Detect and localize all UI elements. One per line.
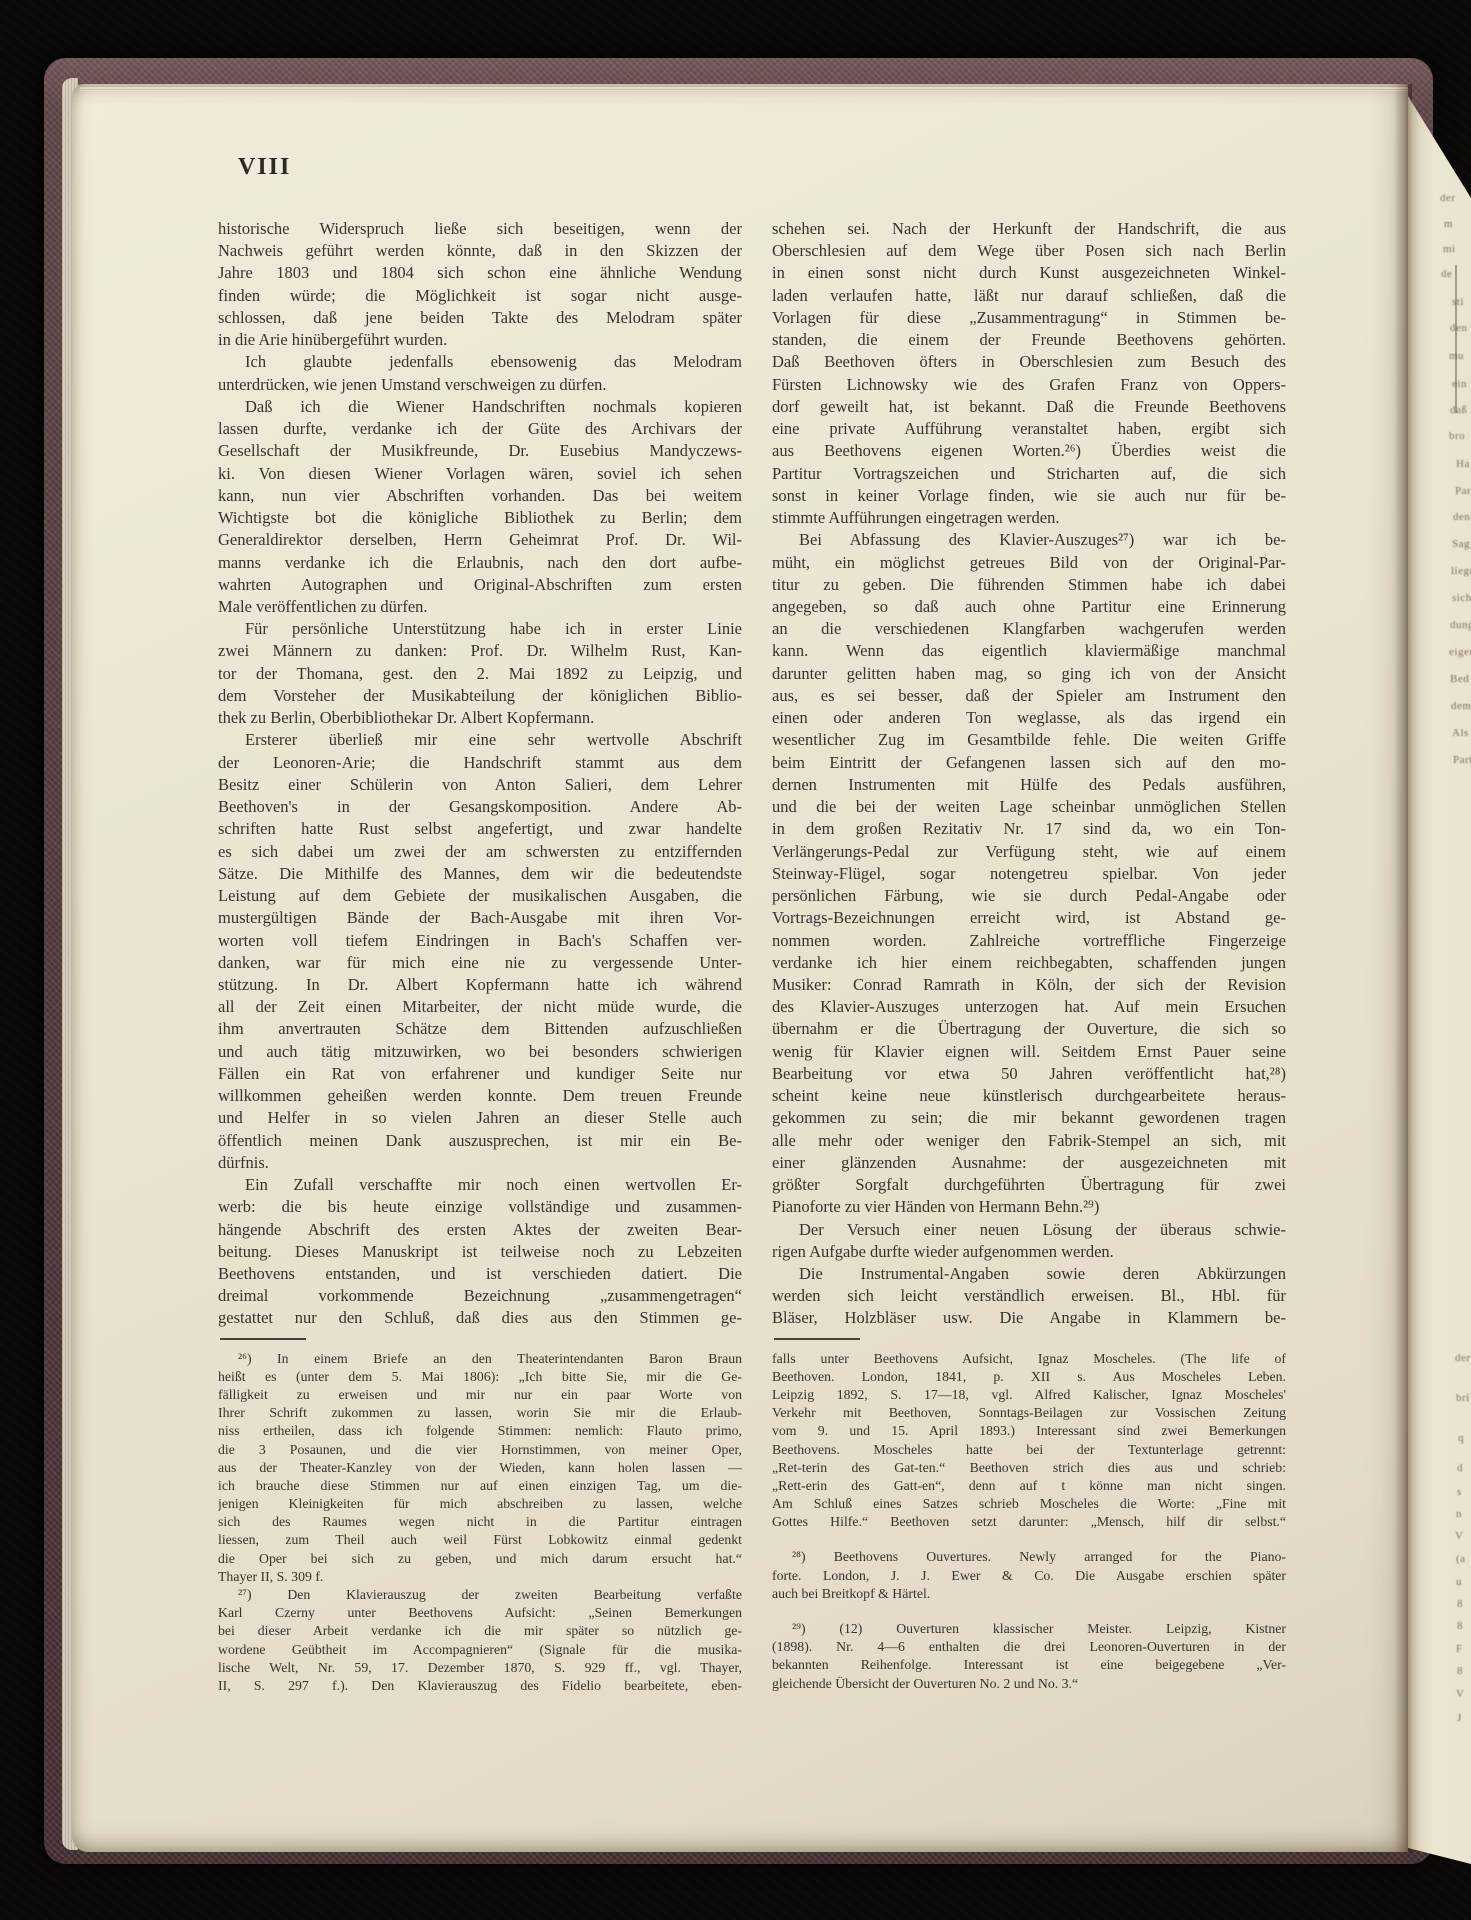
text-line: dernen Instrumenten mit Hülfe des Pedals… xyxy=(772,774,1286,796)
text-line: aus Beethovens eigenen Worten.²⁶) Überdi… xyxy=(772,440,1286,462)
text-line: „Rett-erin des Gatt-en“, denn auf t könn… xyxy=(772,1477,1286,1495)
text-line: werb: die bis heute einzige vollständige… xyxy=(218,1196,742,1218)
showthrough-text-fragment: u xyxy=(1456,1576,1462,1588)
showthrough-text-fragment: ein xyxy=(1452,378,1467,390)
text-line: und Helfer in so vielen Jahren an dieser… xyxy=(218,1107,742,1129)
text-line: dreimal vorkommende Bezeichnung „zusamme… xyxy=(218,1285,742,1307)
fore-edge-pages: dermmidestidenmueindaßbroHaPardenSaglieg… xyxy=(1408,0,1471,1920)
text-line: fälligkeit zu erweisen und mir nur ein p… xyxy=(218,1386,742,1404)
showthrough-text-fragment: Ha xyxy=(1456,458,1470,470)
text-line: der Leonoren-Arie; die Handschrift stamm… xyxy=(218,752,742,774)
showthrough-text-fragment: m xyxy=(1444,218,1453,230)
paragraph: ²⁸) Beethovens Ouvertures. Newly arrange… xyxy=(772,1548,1286,1603)
book-scan-photo: VIII historische Widerspruch ließe sich … xyxy=(0,0,1471,1920)
showthrough-text-fragment: dem xyxy=(1451,700,1471,712)
text-line: Ihrer Schrift zukommen zu lassen, worin … xyxy=(218,1404,742,1422)
text-line: Beethoven's in der Gesangskomposition. A… xyxy=(218,796,742,818)
text-line: in dem großen Rezitativ Nr. 17 sind da, … xyxy=(772,818,1286,840)
text-line: eine private Aufführung veranstaltet hab… xyxy=(772,418,1286,440)
text-line: (1898). Nr. 4—6 enthalten die drei Leono… xyxy=(772,1638,1286,1656)
text-line: aus der Theater-Kanzley von der Wieden, … xyxy=(218,1459,742,1477)
text-line: historische Widerspruch ließe sich besei… xyxy=(218,218,742,240)
showthrough-text-fragment: 8 xyxy=(1457,1598,1463,1610)
text-line: niss ertheilen, dass ich folgende Stimme… xyxy=(218,1422,742,1440)
showthrough-text-fragment: sich xyxy=(1452,592,1471,604)
text-line: laden verlaufen hatte, läßt nur darauf s… xyxy=(772,285,1286,307)
text-line: gestattet nur den Schluß, daß dies aus d… xyxy=(218,1307,742,1329)
text-line: Gesellschaft der Musikfreunde, Dr. Euseb… xyxy=(218,440,742,462)
text-line: in die Arie hinübergeführt wurden. xyxy=(218,329,742,351)
showthrough-text-fragment: n xyxy=(1456,1508,1462,1520)
showthrough-text-fragment: den xyxy=(1453,511,1470,523)
right-footnotes: falls unter Beethovens Aufsicht, Ignaz M… xyxy=(772,1350,1286,1693)
text-line: sich des Raumes wegen nicht in die Parti… xyxy=(218,1513,742,1531)
text-line: es sich dabei um zwei der am schwersten … xyxy=(218,841,742,863)
text-line: angegeben, so daß auch ohne Partitur ein… xyxy=(772,596,1286,618)
text-line: und auch tätig mitzuwirken, wo bei beson… xyxy=(218,1041,742,1063)
showthrough-text-fragment: mu xyxy=(1449,350,1464,362)
text-line: liessen, zum Theil auch weil Fürst Lobko… xyxy=(218,1531,742,1549)
text-line: und die bei der weiten Lage scheinbar un… xyxy=(772,796,1286,818)
text-line: ihm anvertrauten Schätze dem Bittenden a… xyxy=(218,1018,742,1040)
showthrough-text-fragment: V xyxy=(1456,1688,1464,1700)
text-line: thek zu Berlin, Oberbibliothekar Dr. Alb… xyxy=(218,707,742,729)
paragraph: Ich glaubte jedenfalls ebensowenig das M… xyxy=(218,351,742,395)
text-line: beim Eintritt der Gefangenen lassen sich… xyxy=(772,752,1286,774)
text-line: Fällen ein Rat von erfahrener und kundig… xyxy=(218,1063,742,1085)
paragraph: historische Widerspruch ließe sich besei… xyxy=(218,218,742,351)
text-line: bei dieser Arbeit verdanke ich die mir s… xyxy=(218,1622,742,1640)
text-line: in einen sonst nicht durch Kunst ausgeze… xyxy=(772,262,1286,284)
text-line: heißt es (unter dem 5. Mai 1806): „Ich b… xyxy=(218,1368,742,1386)
text-line: einen oder anderen Ton weglasse, als das… xyxy=(772,707,1286,729)
showthrough-text-fragment: Bed xyxy=(1450,673,1469,685)
left-footnotes: ²⁶) In einem Briefe an den Theaterintend… xyxy=(218,1350,742,1696)
paragraph: falls unter Beethovens Aufsicht, Ignaz M… xyxy=(772,1350,1286,1532)
text-line: Leipzig 1892, S. 17—18, vgl. Alfred Kali… xyxy=(772,1386,1286,1404)
text-line: ²⁷) Den Klavierauszug der zweiten Bearbe… xyxy=(218,1586,742,1604)
footnote-separator xyxy=(774,1338,860,1340)
book-page: VIII historische Widerspruch ließe sich … xyxy=(72,84,1408,1852)
text-line: stützung. In Dr. Albert Kopfermann hatte… xyxy=(218,974,742,996)
text-line: standen, die einem der Freunde Beethoven… xyxy=(772,329,1286,351)
text-line: Ersterer überließ mir eine sehr wertvoll… xyxy=(218,729,742,751)
showthrough-text-fragment: mi xyxy=(1443,243,1456,255)
text-line: sonst in keiner Vorlage finden, wie sie … xyxy=(772,485,1286,507)
text-line: Jahre 1803 und 1804 sich schon eine ähnl… xyxy=(218,262,742,284)
showthrough-text-fragment: dung xyxy=(1450,619,1471,631)
text-line: übernahm er die Übertragung der Ouvertur… xyxy=(772,1018,1286,1040)
text-line: willkommen geheißen werden konnte. Dem t… xyxy=(218,1085,742,1107)
text-line: schriften hatte Rust selbst angefertigt,… xyxy=(218,818,742,840)
text-line: lassen durfte, verdanke ich der Güte des… xyxy=(218,418,742,440)
text-line: schehen sei. Nach der Herkunft der Hands… xyxy=(772,218,1286,240)
showthrough-text-fragment: de xyxy=(1441,268,1452,280)
showthrough-text-fragment: sti xyxy=(1452,296,1464,308)
showthrough-text-fragment: Par xyxy=(1455,485,1471,497)
text-line: öffentlich meinen Dank auszusprechen, is… xyxy=(218,1130,742,1152)
text-line: Der Versuch einer neuen Lösung der übera… xyxy=(772,1219,1286,1241)
text-line: vom 9. und 15. April 1893.) Interessant … xyxy=(772,1422,1286,1440)
showthrough-text-fragment: Part xyxy=(1453,754,1471,766)
text-line: Gottes Hilfe.“ Beethoven setzt darunter:… xyxy=(772,1513,1286,1531)
showthrough-text-fragment: F xyxy=(1456,1643,1463,1655)
paragraph: Für persönliche Unterstützung habe ich i… xyxy=(218,618,742,729)
text-line: finden würde; die Möglichkeit ist sogar … xyxy=(218,285,742,307)
text-line: Bläser, Holzbläser usw. Die Angabe in Kl… xyxy=(772,1307,1286,1329)
text-line: lische Welt, Nr. 59, 17. Dezember 1870, … xyxy=(218,1659,742,1677)
text-line: persönlichen Färbung, wie sie durch Peda… xyxy=(772,885,1286,907)
showthrough-text-fragment: liege xyxy=(1451,565,1471,577)
paragraph: ²⁶) In einem Briefe an den Theaterintend… xyxy=(218,1350,742,1586)
text-line: bekannten Reihenfolge. Interessant ist e… xyxy=(772,1656,1286,1674)
text-line: ich brauche diese Stimmen nur auf einen … xyxy=(218,1477,742,1495)
text-line: Daß ich die Wiener Handschriften nochmal… xyxy=(218,396,742,418)
showthrough-text-fragment: 8 xyxy=(1457,1665,1463,1677)
text-line: Vortrags-Bezeichnungen erreicht wird, is… xyxy=(772,907,1286,929)
text-line: Besitz einer Schülerin von Anton Salieri… xyxy=(218,774,742,796)
text-line: stimmte Aufführungen eingetragen werden. xyxy=(772,507,1286,529)
text-line: Leistung auf dem Gebiete der musikalisch… xyxy=(218,885,742,907)
text-line: nommen worden. Zahlreiche vortreffliche … xyxy=(772,930,1286,952)
text-line: ²⁸) Beethovens Ouvertures. Newly arrange… xyxy=(772,1548,1286,1566)
text-line: Oberschlesien auf dem Wege über Posen si… xyxy=(772,240,1286,262)
text-line: Generaldirektor derselben, Herrn Geheimr… xyxy=(218,529,742,551)
right-column: schehen sei. Nach der Herkunft der Hands… xyxy=(772,218,1286,1695)
showthrough-text-fragment: V xyxy=(1455,1530,1463,1542)
text-line: werden sich leicht verständlich erweisen… xyxy=(772,1285,1286,1307)
text-line: kann. Wenn das eigentlich klaviermäßige … xyxy=(772,640,1286,662)
text-line: Für persönliche Unterstützung habe ich i… xyxy=(218,618,742,640)
text-line: gekommen zu sein; die mir bekannt geword… xyxy=(772,1107,1286,1129)
text-line: wahrten Autographen und Original-Abschri… xyxy=(218,574,742,596)
text-line: alle mehr oder weniger den Fabrik-Stempe… xyxy=(772,1130,1286,1152)
text-line: größter Sorgfalt durchgeführten Übertrag… xyxy=(772,1174,1286,1196)
text-line: „Ret-terin des Gat-ten.“ Beethoven stric… xyxy=(772,1459,1286,1477)
text-line: Beethoven. London, 1841, p. XII s. Aus M… xyxy=(772,1368,1286,1386)
showthrough-text-fragment: d xyxy=(1457,1462,1463,1474)
text-line: Nachweis geführt werden könnte, daß in d… xyxy=(218,240,742,262)
text-line: mustergültigen Bände der Bach-Ausgabe mi… xyxy=(218,907,742,929)
text-line: Ich glaubte jedenfalls ebensowenig das M… xyxy=(218,351,742,373)
text-line: rigen Aufgabe durfte wieder aufgenommen … xyxy=(772,1241,1286,1263)
text-line: tor der Thomana, gest. den 2. Mai 1892 z… xyxy=(218,663,742,685)
showthrough-text-fragment: bro xyxy=(1449,430,1465,442)
text-line: titur zu geben. Die führenden Stimmen ha… xyxy=(772,574,1286,596)
showthrough-text-fragment: der xyxy=(1440,192,1456,204)
text-line: die 3 Posaunen, und die vier Hornstimmen… xyxy=(218,1441,742,1459)
text-line: Verlängerungs-Pedal zur Verfügung steht,… xyxy=(772,841,1286,863)
text-line: beitung. Dieses Manuskript ist teilweise… xyxy=(218,1241,742,1263)
page-edge-line xyxy=(1455,265,1457,413)
text-line: aus, es sei besser, daß der Spieler am I… xyxy=(772,685,1286,707)
text-line: darunter gelitten haben mag, so ging ich… xyxy=(772,663,1286,685)
text-line: Fürsten Lichnowsky wie des Grafen Franz … xyxy=(772,374,1286,396)
paragraph: ²⁷) Den Klavierauszug der zweiten Bearbe… xyxy=(218,1586,742,1695)
paragraph: Der Versuch einer neuen Lösung der übera… xyxy=(772,1219,1286,1263)
text-line: all der Zeit einen Mitarbeiter, der nich… xyxy=(218,996,742,1018)
text-line: schlossen, daß jene beiden Takte des Mel… xyxy=(218,307,742,329)
showthrough-text-fragment: q xyxy=(1458,1432,1464,1444)
text-line: auch bei Breitkopf & Härtel. xyxy=(772,1585,1286,1603)
text-line: manns verdanke ich die Erlaubnis, nach d… xyxy=(218,552,742,574)
text-line: einer glänzenden Ausnahme: der ausgezeic… xyxy=(772,1152,1286,1174)
text-line: Bearbeitung vor etwa 50 Jahren veröffent… xyxy=(772,1063,1286,1085)
text-line: Pianoforte zu vier Händen von Hermann Be… xyxy=(772,1196,1286,1218)
text-line: hängende Abschrift des ersten Aktes der … xyxy=(218,1219,742,1241)
text-line: Wichtigste bot die königliche Bibliothek… xyxy=(218,507,742,529)
text-line: jenigen Kleinigkeiten für mich abschreib… xyxy=(218,1495,742,1513)
text-line: Thayer II, S. 309 f. xyxy=(218,1568,742,1586)
text-line: ²⁹) (12) Ouverturen klassischer Meister.… xyxy=(772,1620,1286,1638)
text-line: Verkehr mit Beethoven, Sonntags-Beilagen… xyxy=(772,1404,1286,1422)
text-line: Beethovens entstanden, und ist verschied… xyxy=(218,1263,742,1285)
showthrough-text-fragment: eigen xyxy=(1449,646,1471,658)
text-line: Daß Beethoven öfters in Oberschlesien zu… xyxy=(772,351,1286,373)
text-line: des Klavier-Auszuges unterzogen hat. Auf… xyxy=(772,996,1286,1018)
paragraph: ²⁹) (12) Ouverturen klassischer Meister.… xyxy=(772,1620,1286,1693)
footnote-separator xyxy=(220,1338,306,1340)
showthrough-text-fragment: daß xyxy=(1450,404,1467,416)
text-line: dem Vorsteher der Musikabteilung der kön… xyxy=(218,685,742,707)
showthrough-text-fragment: Sag xyxy=(1452,538,1470,550)
text-line: Ein Zufall verschaffte mir noch einen we… xyxy=(218,1174,742,1196)
text-line: Am Schluß eines Satzes schrieb Moscheles… xyxy=(772,1495,1286,1513)
paragraph: Die Instrumental-Angaben sowie deren Abk… xyxy=(772,1263,1286,1330)
text-columns: historische Widerspruch ließe sich besei… xyxy=(218,218,1286,1695)
page-number: VIII xyxy=(238,154,291,181)
text-line: worten voll tiefem Eindringen in Bach's … xyxy=(218,930,742,952)
paragraph: schehen sei. Nach der Herkunft der Hands… xyxy=(772,218,1286,529)
text-line: Die Instrumental-Angaben sowie deren Abk… xyxy=(772,1263,1286,1285)
text-line: scheint keine neue künstlerisch durchgea… xyxy=(772,1085,1286,1107)
text-line: wenig für Klavier eignen will. Seitdem E… xyxy=(772,1041,1286,1063)
showthrough-text-fragment: Als xyxy=(1452,727,1469,739)
showthrough-text-fragment: s xyxy=(1457,1486,1462,1498)
text-line: dorf geweilt hat, ist bekannt. Daß die F… xyxy=(772,396,1286,418)
text-line: gleichende Übersicht der Ouverturen No. … xyxy=(772,1675,1286,1693)
text-line: ²⁶) In einem Briefe an den Theaterintend… xyxy=(218,1350,742,1368)
text-line: verdanke ich hier einem reichbegabten, s… xyxy=(772,952,1286,974)
text-line: Bei Abfassung des Klavier-Auszuges²⁷) wa… xyxy=(772,529,1286,551)
paragraph: Ein Zufall verschaffte mir noch einen we… xyxy=(218,1174,742,1330)
text-line: ki. Von diesen Wiener Vorlagen wären, so… xyxy=(218,463,742,485)
text-line: forte. London, J. J. Ewer & Co. Die Ausg… xyxy=(772,1567,1286,1585)
text-line: wesentlicher Zug im Gesamtbilde fehle. D… xyxy=(772,729,1286,751)
showthrough-text-fragment: 8 xyxy=(1457,1620,1463,1632)
showthrough-text-fragment: bri xyxy=(1456,1392,1470,1404)
text-line: unterdrücken, wie jenen Umstand verschwe… xyxy=(218,374,742,396)
left-column: historische Widerspruch ließe sich besei… xyxy=(218,218,742,1695)
text-line: Steinway-Flügel, sogar notengetreu spiel… xyxy=(772,863,1286,885)
text-line: Beethovens. Moscheles hatte bei der Text… xyxy=(772,1441,1286,1459)
paragraph: Daß ich die Wiener Handschriften nochmal… xyxy=(218,396,742,618)
text-line: die Oper bei sich zu geben, und mich dar… xyxy=(218,1550,742,1568)
text-line: Karl Czerny unter Beethovens Aufsicht: „… xyxy=(218,1604,742,1622)
showthrough-text-fragment: der xyxy=(1455,1352,1471,1364)
text-line: Musiker: Conrad Ramrath in Köln, der sic… xyxy=(772,974,1286,996)
text-line: Male veröffentlichen zu dürfen. xyxy=(218,596,742,618)
text-line: zwei Männern zu danken: Prof. Dr. Wilhel… xyxy=(218,640,742,662)
text-line: falls unter Beethovens Aufsicht, Ignaz M… xyxy=(772,1350,1286,1368)
text-line: müht, ein möglichst getreues Bild von de… xyxy=(772,552,1286,574)
text-line: wordene Geübtheit im Accompagnieren“ (Si… xyxy=(218,1641,742,1659)
paragraph: Bei Abfassung des Klavier-Auszuges²⁷) wa… xyxy=(772,529,1286,1218)
right-body-text: schehen sei. Nach der Herkunft der Hands… xyxy=(772,218,1286,1330)
text-line: Sätze. Die Mithilfe des Mannes, dem wir … xyxy=(218,863,742,885)
showthrough-text-fragment: J xyxy=(1457,1712,1462,1724)
showthrough-text-fragment: den xyxy=(1450,322,1467,334)
text-line: II, S. 297 f.). Den Klavierauszug des Fi… xyxy=(218,1677,742,1695)
text-line: Partitur Vortragszeichen und Stricharten… xyxy=(772,463,1286,485)
left-body-text: historische Widerspruch ließe sich besei… xyxy=(218,218,742,1330)
showthrough-text-fragment: (a xyxy=(1456,1553,1466,1565)
text-line: danken, war für mich eine nie zu vergess… xyxy=(218,952,742,974)
text-line: an die verschiedenen Klangfarben wachger… xyxy=(772,618,1286,640)
text-line: kann, nun vier Abschriften vorhanden. Da… xyxy=(218,485,742,507)
paragraph: Ersterer überließ mir eine sehr wertvoll… xyxy=(218,729,742,1174)
text-line: Vorlagen für diese „Zusammentragung“ in … xyxy=(772,307,1286,329)
text-line: dürfnis. xyxy=(218,1152,742,1174)
